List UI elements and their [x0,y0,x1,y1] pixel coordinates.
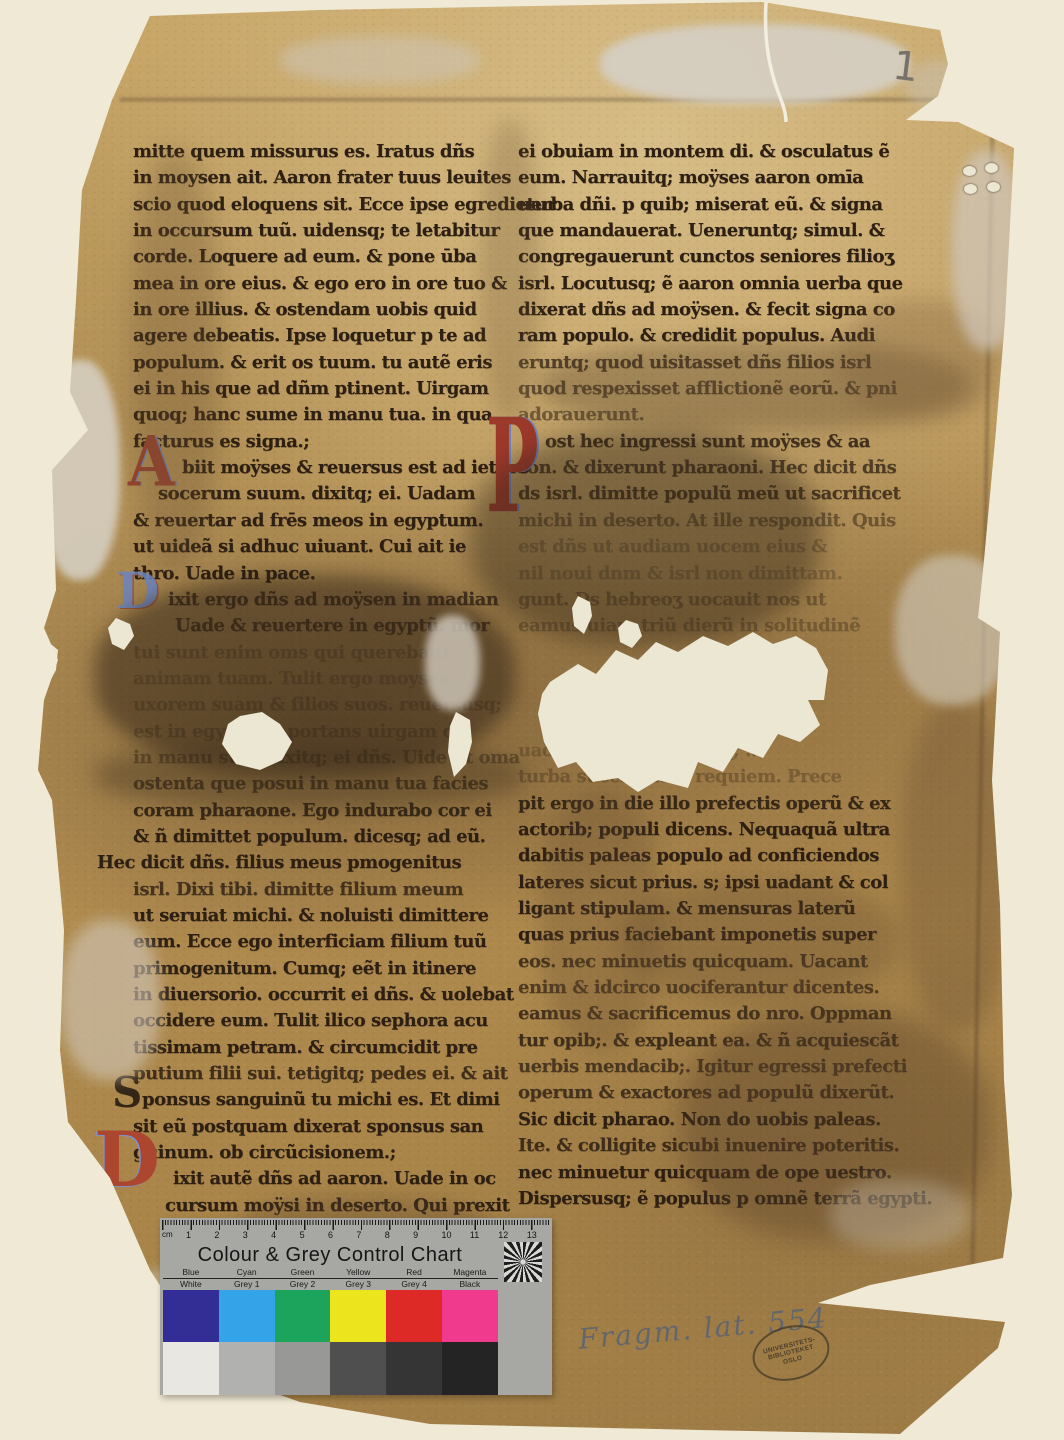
stain [480,120,540,420]
grey-label: Black [442,1279,498,1289]
stain [130,150,220,570]
sewing-hole [963,166,976,176]
color-patch [442,1290,498,1342]
manuscript-line: primogenitum. Cumq; eẽt in itinere [133,958,518,984]
manuscript-line: ponsus sanguinũ tu michi es. Et dimi [142,1089,518,1115]
ruler-number: 13 [527,1230,555,1240]
stain [620,880,900,1000]
chart-color-labels: BlueCyanGreenYellowRedMagenta [163,1267,498,1277]
grey-patch [330,1342,386,1395]
grey-label: Grey 2 [275,1279,331,1289]
color-patch [275,1290,331,1342]
ruler-number: 6 [328,1230,356,1240]
manuscript-line: ei obuiam in montem di. & osculatus ẽ [518,141,918,167]
manuscript-line: sit eũ postquam dixerat sponsus san [133,1116,518,1142]
manuscript-line: putium filii sui. tetigitq; pedes ei. & … [133,1063,518,1089]
sewing-hole [987,182,1000,192]
chart-grey-patches [163,1342,498,1395]
grey-label: Grey 1 [219,1279,275,1289]
manuscript-line: guinum. ob circũcisionem.; [133,1142,518,1168]
grey-patch [219,1342,275,1395]
chart-grey-labels: WhiteGrey 1Grey 2Grey 3Grey 4Black [163,1279,498,1289]
stain [902,700,1012,1030]
ruler-number: 5 [300,1230,328,1240]
ruler-major-ticks [162,1220,550,1230]
stain [470,430,820,645]
manuscript-line: isrl. Dixi tibi. dimitte filium meum [133,879,518,905]
parchment-thread [752,0,812,140]
color-label: Blue [163,1267,219,1277]
manuscript-line: eum. Narrauitq; moÿses aaron omīa [518,167,918,193]
manuscript-line: Hec dicit dñs. filius meus pmogenitus [97,852,518,878]
chart-title: Colour & Grey Control Chart [160,1244,500,1267]
color-patch [163,1290,219,1342]
manuscript-line: que mandauerat. Ueneruntq; simul. & [518,220,918,246]
manuscript-line: eum. Ecce ego interficiam filium tuũ [133,931,518,957]
color-label: Magenta [442,1267,498,1277]
ruler-number: 1 [186,1230,214,1240]
ruler-number: cm [162,1230,186,1240]
manuscript-line: biit moÿses & reuersus est ad iethro [182,457,518,483]
color-patch [330,1290,386,1342]
surface-erosion [830,1180,970,1250]
ruler-number: 10 [442,1230,470,1240]
ruler-scale: cm12345678910111213 [162,1230,555,1240]
grey-label: Grey 3 [330,1279,386,1289]
grey-patch [386,1342,442,1395]
color-patch [219,1290,275,1342]
ruler-number: 9 [413,1230,441,1240]
ruler-number: 7 [356,1230,384,1240]
ruler-number: 4 [271,1230,299,1240]
color-label: Green [275,1267,331,1277]
surface-erosion [895,555,1010,705]
manuscript-line: & ñ dimittet populum. dicesq; ad eũ. [133,826,518,852]
surface-erosion [425,615,480,710]
manuscript-line: occidere eum. Tulit ilico sephora acu [133,1010,518,1036]
manuscript-photo: mitte quem missurus es. Iratus dñsin moy… [0,0,1064,1440]
manuscript-line: isrl. Locutusq; ẽ aaron omnia uerba que [518,273,918,299]
manuscript-line: uerba dñi. p quib; miserat eũ. & signa [518,194,918,220]
chart-color-patches [163,1290,498,1342]
ruler-number: 11 [470,1230,498,1240]
manuscript-line: tissimam petram. & circumcidit pre [133,1037,518,1063]
manuscript-line: congregauerunt cunctos seniores filioʒ [518,246,918,272]
ruler-number: 12 [498,1230,526,1240]
grey-patch [442,1342,498,1395]
siemens-star-icon [504,1242,542,1282]
ruler-number: 2 [214,1230,242,1240]
sewing-hole [964,184,977,194]
ruler-number: 8 [385,1230,413,1240]
sewing-hole [985,163,998,173]
surface-erosion [905,60,995,110]
manuscript-line: turba succreuit ... requiem. Prece [518,766,918,792]
color-patch [386,1290,442,1342]
color-label: Red [386,1267,442,1277]
surface-erosion [40,360,120,580]
color-label: Yellow [330,1267,386,1277]
manuscript-line: ut seruiat michi. & noluisti dimittere [133,905,518,931]
surface-erosion [60,920,160,1080]
illuminated-initial: D [94,1122,160,1198]
grey-label: White [163,1279,219,1289]
manuscript-line: in diuersorio. occurrit ei dñs. & uoleba… [133,984,518,1010]
surface-erosion [952,150,1022,350]
color-control-chart: cm12345678910111213 Colour & Grey Contro… [160,1218,552,1395]
ruler-number: 3 [243,1230,271,1240]
grey-label: Grey 4 [386,1279,442,1289]
manuscript-line: ixit autẽ dñs ad aaron. Uade in oc [173,1168,518,1194]
grey-patch [163,1342,219,1395]
stain [540,790,660,1050]
surface-erosion [280,36,480,84]
parchment-hole [38,640,58,685]
color-label: Cyan [219,1267,275,1277]
grey-patch [275,1342,331,1395]
